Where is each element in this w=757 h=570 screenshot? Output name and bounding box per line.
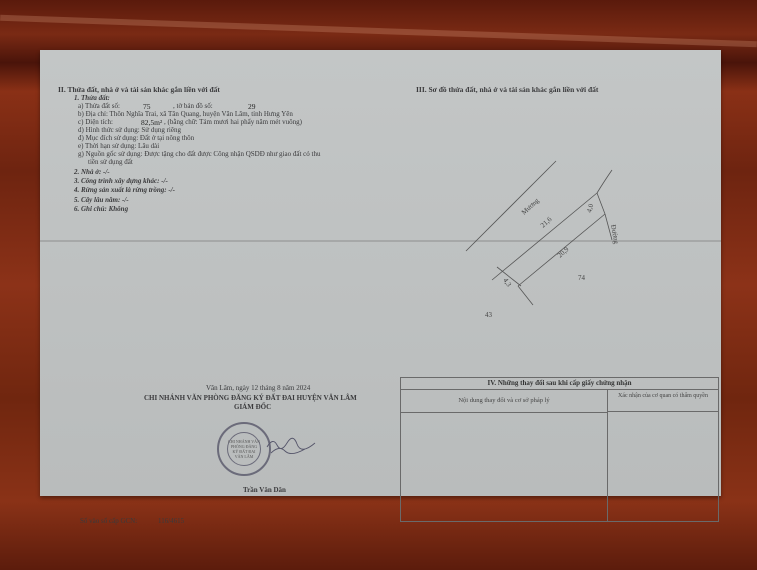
seal-text: CHI NHÁNH VĂN PHÒNG ĐĂNG KÝ ĐẤT ĐAI VĂN …	[227, 432, 261, 466]
item2-house: 2. Nhà ở: -/-	[74, 168, 110, 177]
label-ditch: Mương	[520, 196, 541, 216]
neighbor-parcel-43: 43	[485, 311, 493, 319]
signature	[265, 435, 325, 460]
item3-other-works: 3. Công trình xây dựng khác: -/-	[74, 177, 168, 186]
label-road: Đường	[609, 224, 620, 245]
item5-perennial-trees: 5. Cây lâu năm: -/-	[74, 196, 129, 205]
edge-bottom-length: 20,9	[556, 245, 571, 259]
signer-position: GIÁM ĐỐC	[234, 403, 271, 412]
changes-table: IV. Những thay đổi sau khi cấp giấy chứn…	[400, 377, 719, 522]
wood-table-highlight	[0, 15, 757, 47]
item4-forest: 4. Rừng sản xuất là rừng trồng: -/-	[74, 186, 175, 195]
parcel-diagram: Mương 21,6 4,0 Đường 20,9 4,3 74 43	[440, 160, 640, 330]
section2-title: II. Thửa đất, nhà ở và tài sản khác gắn …	[58, 85, 220, 94]
item6-notes: 6. Ghi chú: Không	[74, 205, 128, 214]
gcn-register-label: Số vào sổ cấp GCN:	[80, 517, 137, 526]
column-divider	[607, 412, 608, 521]
land-certificate-page: II. Thửa đất, nhà ở và tài sản khác gắn …	[40, 50, 721, 496]
signing-date: Văn Lâm, ngày 12 tháng 8 năm 2024	[206, 384, 310, 393]
section4-title: IV. Những thay đổi sau khi cấp giấy chứn…	[401, 378, 718, 390]
use-origin-cont: tiền sử dụng đất	[88, 158, 133, 167]
gcn-register-number: 116/4615	[158, 517, 184, 526]
official-seal: CHI NHÁNH VĂN PHÒNG ĐĂNG KÝ ĐẤT ĐAI VĂN …	[217, 422, 271, 476]
signer-name: Trần Văn Dân	[243, 486, 286, 495]
section3-title: III. Sơ đồ thửa đất, nhà ở và tài sản kh…	[416, 85, 598, 94]
neighbor-parcel-74: 74	[578, 274, 586, 282]
edge-right-length: 4,0	[585, 203, 595, 214]
edge-top-length: 21,6	[539, 215, 554, 229]
issuing-office: CHI NHÁNH VĂN PHÒNG ĐĂNG KÝ ĐẤT ĐAI HUYỆ…	[144, 394, 357, 403]
col-authority-confirm: Xác nhận của cơ quan có thẩm quyền	[608, 390, 718, 412]
area-in-words: , (bằng chữ: Tám mươi hai phẩy năm mét v…	[164, 118, 302, 127]
col-change-content: Nội dung thay đổi và cơ sở pháp lý	[401, 390, 608, 413]
